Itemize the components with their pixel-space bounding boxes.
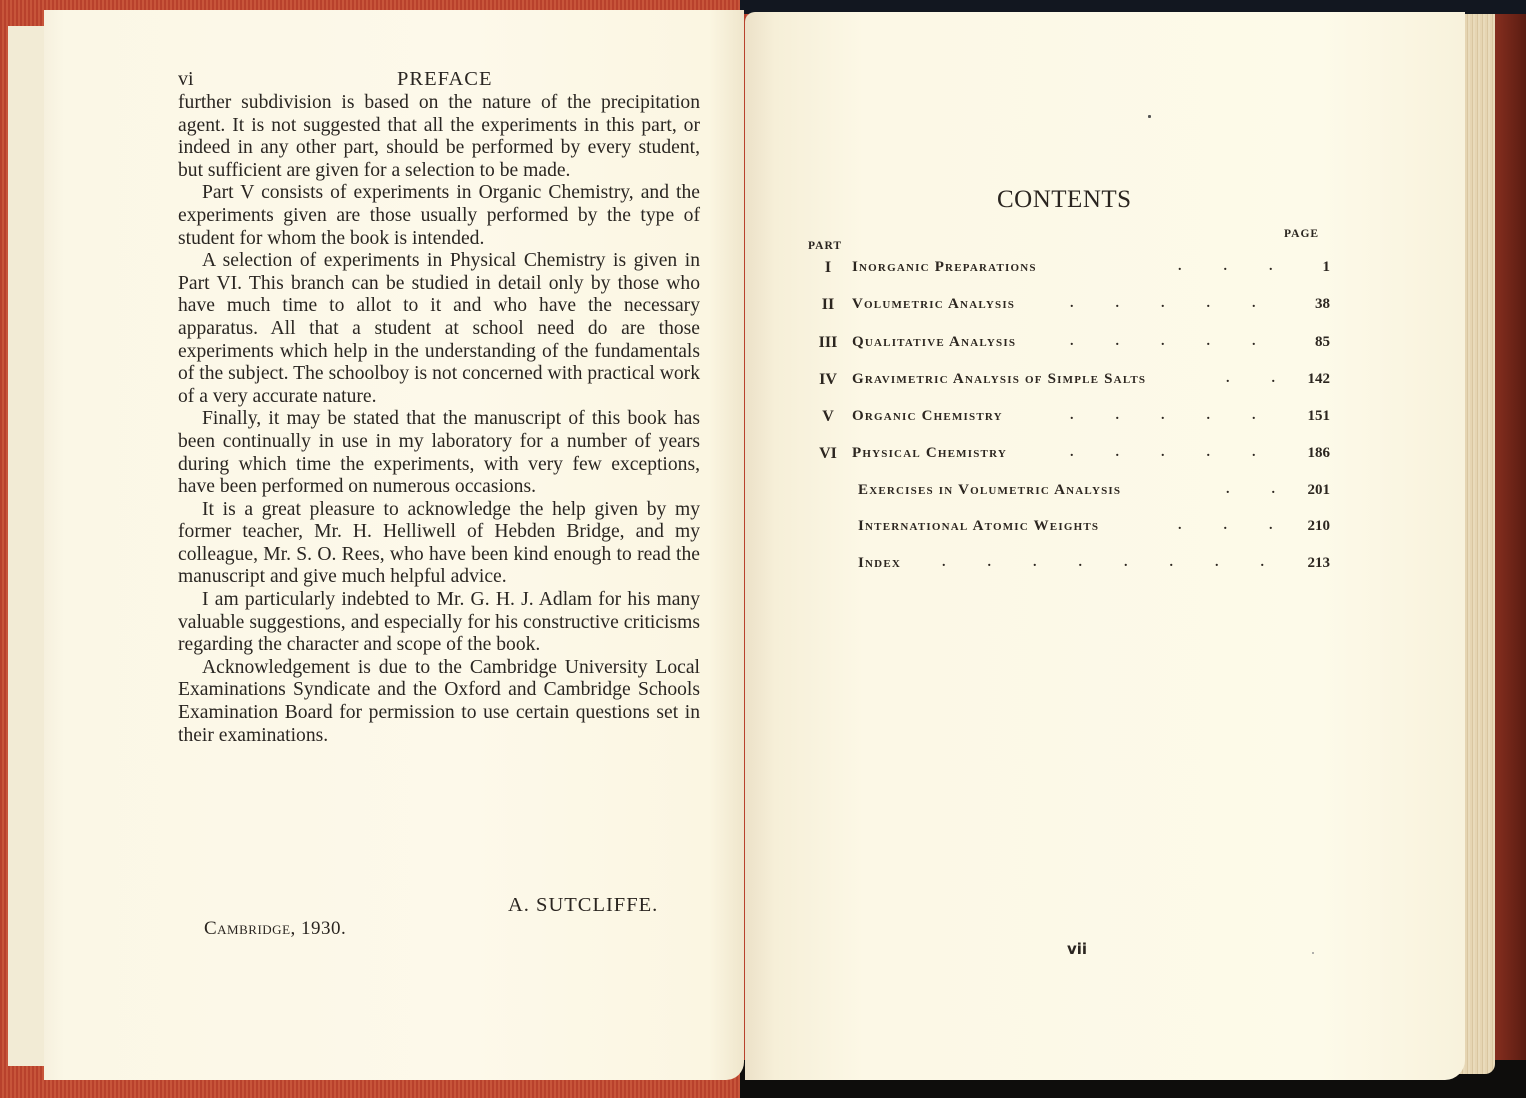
toc-page: 85 bbox=[1315, 334, 1330, 351]
toc-title: Organic Chemistry bbox=[852, 408, 1003, 425]
leader-dots: . . bbox=[1226, 482, 1275, 498]
paragraph: It is a great pleasure to acknowledge th… bbox=[178, 499, 700, 589]
toc-entry[interactable]: I Inorganic Preparations . . . 1 bbox=[808, 259, 1330, 283]
toc-part-number: III bbox=[808, 334, 848, 352]
paragraph: A selection of experiments in Physical C… bbox=[178, 250, 700, 408]
running-header: vi PREFACE bbox=[178, 68, 700, 94]
toc-page: 1 bbox=[1323, 259, 1331, 276]
right-page bbox=[745, 12, 1465, 1080]
toc-page: 186 bbox=[1308, 445, 1331, 462]
place-date: Cambridge, 1930. bbox=[204, 918, 346, 940]
toc-part-number: II bbox=[808, 296, 848, 314]
paper-speck bbox=[1148, 115, 1151, 118]
toc-title: Index bbox=[858, 555, 901, 572]
toc-entry[interactable]: VI Physical Chemistry . . . . . 186 bbox=[808, 445, 1330, 469]
toc-page: 142 bbox=[1308, 371, 1331, 388]
toc-title: Inorganic Preparations bbox=[852, 259, 1037, 276]
toc-page: 151 bbox=[1308, 408, 1331, 425]
toc-entry[interactable]: II Volumetric Analysis . . . . . 38 bbox=[808, 296, 1330, 320]
paragraph: further subdivision is based on the natu… bbox=[178, 92, 700, 182]
leader-dots: . . bbox=[1226, 371, 1275, 387]
toc-entry[interactable]: International Atomic Weights . . . 210 bbox=[808, 518, 1330, 542]
toc-title: Qualitative Analysis bbox=[852, 334, 1016, 351]
leader-dots: . . . bbox=[1178, 259, 1273, 275]
toc-part-number: IV bbox=[808, 371, 848, 389]
toc-entry[interactable]: Exercises in Volumetric Analysis . . 201 bbox=[808, 482, 1330, 506]
preface-text-block: vi PREFACE further subdivision is based … bbox=[178, 68, 700, 747]
toc-page: 210 bbox=[1308, 518, 1331, 535]
leader-dots: . . . . . bbox=[1070, 334, 1256, 350]
author-signature: A. SUTCLIFFE. bbox=[508, 894, 658, 917]
paragraph: Acknowledgement is due to the Cambridge … bbox=[178, 657, 700, 747]
paragraph: I am particularly indebted to Mr. G. H. … bbox=[178, 589, 700, 657]
leader-dots: . . . . . . . . bbox=[942, 555, 1264, 571]
paragraph: Finally, it may be stated that the manus… bbox=[178, 408, 700, 498]
toc-title: Volumetric Analysis bbox=[852, 296, 1015, 313]
toc-entry[interactable]: Index . . . . . . . . 213 bbox=[808, 555, 1330, 579]
column-header-part: PART bbox=[808, 240, 842, 252]
toc-page: 213 bbox=[1308, 555, 1331, 572]
toc-title: Physical Chemistry bbox=[852, 445, 1007, 462]
running-head-title: PREFACE bbox=[397, 68, 492, 91]
leader-dots: . . . . . bbox=[1070, 445, 1256, 461]
toc-part-number: V bbox=[808, 408, 848, 426]
paper-speck bbox=[1312, 952, 1314, 954]
toc-title: International Atomic Weights bbox=[858, 518, 1099, 535]
contents-title: CONTENTS bbox=[997, 186, 1132, 214]
toc-title: Exercises in Volumetric Analysis bbox=[858, 482, 1121, 499]
toc-entry[interactable]: V Organic Chemistry . . . . . 151 bbox=[808, 408, 1330, 432]
toc-entry[interactable]: III Qualitative Analysis . . . . . 85 bbox=[808, 334, 1330, 358]
toc-entry[interactable]: IV Gravimetric Analysis of Simple Salts … bbox=[808, 371, 1330, 395]
paragraph: Part V consists of experiments in Organi… bbox=[178, 182, 700, 250]
toc-part-number: VI bbox=[808, 445, 848, 463]
column-header-page: PAGE bbox=[1284, 228, 1319, 240]
toc-title: Gravimetric Analysis of Simple Salts bbox=[852, 371, 1146, 388]
leader-dots: . . . . . bbox=[1070, 296, 1256, 312]
leader-dots: . . . . . bbox=[1070, 408, 1256, 424]
page-folio: vii bbox=[1067, 940, 1087, 958]
leader-dots: . . . bbox=[1178, 518, 1273, 534]
toc-part-number: I bbox=[808, 259, 848, 277]
toc-page: 201 bbox=[1308, 482, 1331, 499]
toc-page: 38 bbox=[1315, 296, 1330, 313]
page-number: vi bbox=[178, 68, 194, 94]
